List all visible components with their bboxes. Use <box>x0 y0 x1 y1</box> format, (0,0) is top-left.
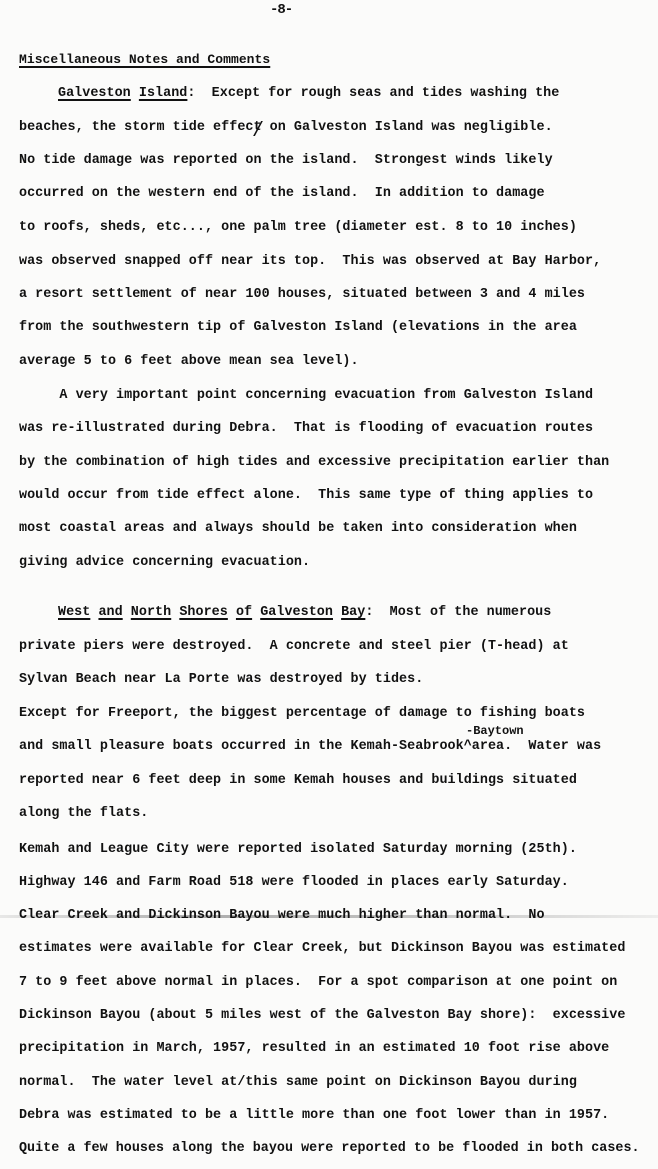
section-title-word: Shores <box>179 605 228 620</box>
heading: Miscellaneous Notes and Comments <box>19 52 270 68</box>
section-title-word: and <box>98 605 122 620</box>
document-page: -8- Miscellaneous Notes and Comments Gal… <box>0 0 658 1169</box>
text-line: Clear Creek and Dickinson Bayou were muc… <box>19 908 545 924</box>
section-west-north-shores-first-line: West and North Shores of Galveston Bay: … <box>58 605 551 621</box>
section-title-word: Island <box>139 86 188 101</box>
text-line: reported near 6 feet deep in some Kemah … <box>19 773 577 789</box>
section-title-word: Bay <box>341 605 365 620</box>
section-title-word: Galveston <box>260 605 333 620</box>
text-line: Except for rough seas and tides washing … <box>195 86 559 101</box>
text-line: A very important point concerning evacua… <box>19 388 593 404</box>
text-line: and small pleasure boats occurred in the… <box>19 739 601 755</box>
section-title-word: Galveston <box>58 86 131 101</box>
text-line: was observed snapped off near its top. T… <box>19 254 601 270</box>
text-line: Kemah and League City were reported isol… <box>19 842 577 858</box>
text-line: a resort settlement of near 100 houses, … <box>19 287 585 303</box>
text-line: beaches, the storm tide effect on Galves… <box>19 120 553 136</box>
text-line: Except for Freeport, the biggest percent… <box>19 706 585 722</box>
text-line: private piers were destroyed. A concrete… <box>19 639 569 655</box>
page-number: -8- <box>270 2 292 18</box>
text-line: from the southwestern tip of Galveston I… <box>19 320 577 336</box>
text-line: Debra was estimated to be a little more … <box>19 1108 609 1124</box>
text-line: No tide damage was reported on the islan… <box>19 153 553 169</box>
handwritten-insert-baytown: -Baytown <box>466 724 524 738</box>
section-title-word: of <box>236 605 252 620</box>
text-line: Highway 146 and Farm Road 518 were flood… <box>19 875 569 891</box>
text-line: would occur from tide effect alone. This… <box>19 488 593 504</box>
text-line: normal. The water level at/this same poi… <box>19 1075 577 1091</box>
text-line: 7 to 9 feet above normal in places. For … <box>19 975 617 991</box>
text-line: most coastal areas and always should be … <box>19 521 577 537</box>
text-line: average 5 to 6 feet above mean sea level… <box>19 354 359 370</box>
section-galveston-island-first-line: Galveston Island: Except for rough seas … <box>58 86 559 102</box>
text-line: Dickinson Bayou (about 5 miles west of t… <box>19 1008 625 1024</box>
text-line: by the combination of high tides and exc… <box>19 455 609 471</box>
text-line: Quite a few houses along the bayou were … <box>19 1141 640 1157</box>
section-title-word: West <box>58 605 90 620</box>
section-title-word: North <box>131 605 171 620</box>
handwritten-slash-mark: / <box>252 120 264 143</box>
text-line: was re-illustrated during Debra. That is… <box>19 421 593 437</box>
text-line: estimates were available for Clear Creek… <box>19 941 625 957</box>
text-line: occurred on the western end of the islan… <box>19 186 545 202</box>
text-line: Sylvan Beach near La Porte was destroyed… <box>19 672 423 688</box>
text-line: to roofs, sheds, etc..., one palm tree (… <box>19 220 577 236</box>
text-line: Most of the numerous <box>373 605 551 620</box>
text-line: giving advice concerning evacuation. <box>19 555 310 571</box>
text-line: precipitation in March, 1957, resulted i… <box>19 1041 609 1057</box>
text-line: along the flats. <box>19 806 148 822</box>
